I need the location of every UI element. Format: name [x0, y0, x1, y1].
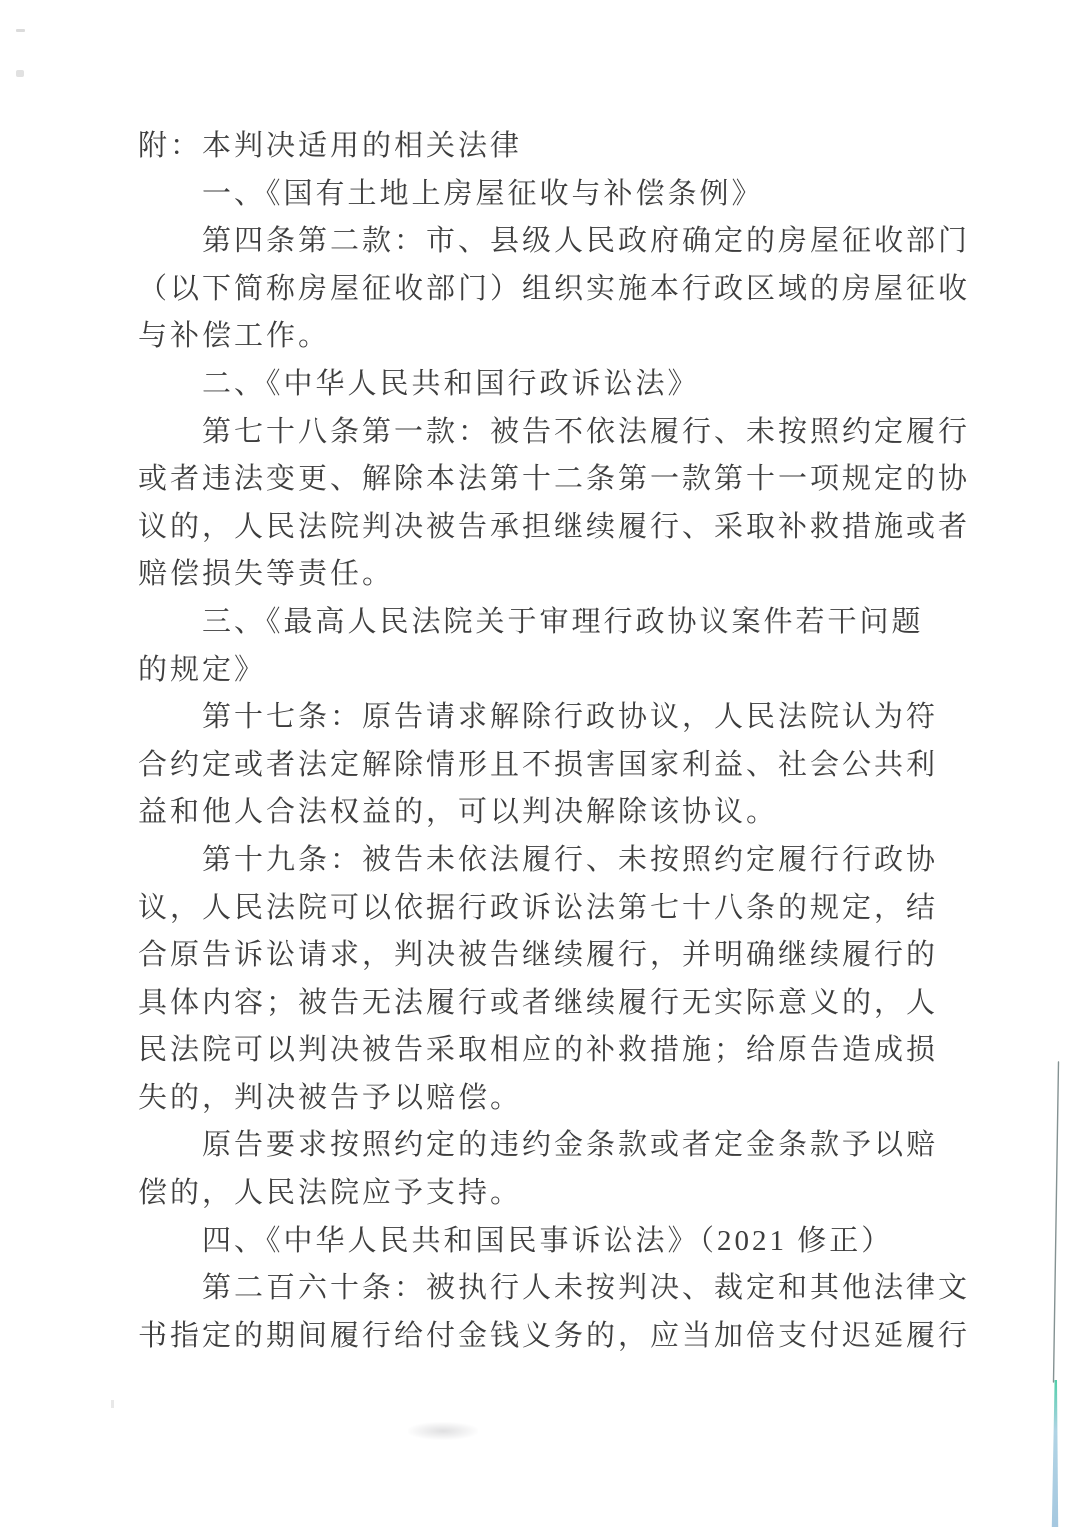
- text-line: 议的，人民法院判决被告承担继续履行、采取补救措施或者: [138, 504, 998, 552]
- text-line: 三、《最高人民法院关于审理行政协议案件若干问题: [138, 599, 998, 647]
- text-line: 益和他人合法权益的，可以判决解除该协议。: [138, 789, 998, 837]
- scan-speck: [16, 70, 24, 77]
- scanned-judgment-page: 附：本判决适用的相关法律一、《国有土地上房屋征收与补偿条例》第四条第二款：市、县…: [0, 0, 1080, 1527]
- text-line: 合原告诉讼请求，判决被告继续履行，并明确继续履行的: [138, 932, 998, 980]
- text-line: 合约定或者法定解除情形且不损害国家利益、社会公共利: [138, 742, 998, 790]
- appendix-text-block: 附：本判决适用的相关法律一、《国有土地上房屋征收与补偿条例》第四条第二款：市、县…: [138, 123, 998, 1360]
- text-line: 失的，判决被告予以赔偿。: [138, 1075, 998, 1123]
- text-line: 四、《中华人民共和国民事诉讼法》（2021 修正）: [138, 1218, 998, 1266]
- text-line: 的规定》: [138, 647, 998, 695]
- text-line: 赔偿损失等责任。: [138, 551, 998, 599]
- text-line: 议，人民法院可以依据行政诉讼法第七十八条的规定，结: [138, 885, 998, 933]
- scan-speck: [16, 29, 25, 32]
- text-line: 第十九条：被告未依法履行、未按照约定履行行政协: [138, 837, 998, 885]
- text-line: 偿的，人民法院应予支持。: [138, 1170, 998, 1218]
- text-line: 具体内容；被告无法履行或者继续履行无实际意义的，人: [138, 980, 998, 1028]
- text-line: 原告要求按照约定的违约金条款或者定金条款予以赔: [138, 1122, 998, 1170]
- page-edge-scan-artifact: [1040, 1050, 1080, 1527]
- text-line: 第七十八条第一款：被告不依法履行、未按照约定履行: [138, 409, 998, 457]
- text-line: 第十七条：原告请求解除行政协议，人民法院认为符: [138, 694, 998, 742]
- scan-smudge: [408, 1422, 478, 1440]
- text-line: 或者违法变更、解除本法第十二条第一款第十一项规定的协: [138, 456, 998, 504]
- text-line: 第四条第二款：市、县级人民政府确定的房屋征收部门: [138, 218, 998, 266]
- text-line: 二、《中华人民共和国行政诉讼法》: [138, 361, 998, 409]
- text-line: 第二百六十条：被执行人未按判决、裁定和其他法律文: [138, 1265, 998, 1313]
- text-line: 民法院可以判决被告采取相应的补救措施；给原告造成损: [138, 1027, 998, 1075]
- text-line: 附：本判决适用的相关法律: [138, 123, 998, 171]
- text-line: 书指定的期间履行给付金钱义务的，应当加倍支付迟延履行: [138, 1313, 998, 1361]
- scan-speck: [111, 1400, 114, 1408]
- text-line: （以下简称房屋征收部门）组织实施本行政区域的房屋征收: [138, 266, 998, 314]
- text-line: 一、《国有土地上房屋征收与补偿条例》: [138, 171, 998, 219]
- text-line: 与补偿工作。: [138, 313, 998, 361]
